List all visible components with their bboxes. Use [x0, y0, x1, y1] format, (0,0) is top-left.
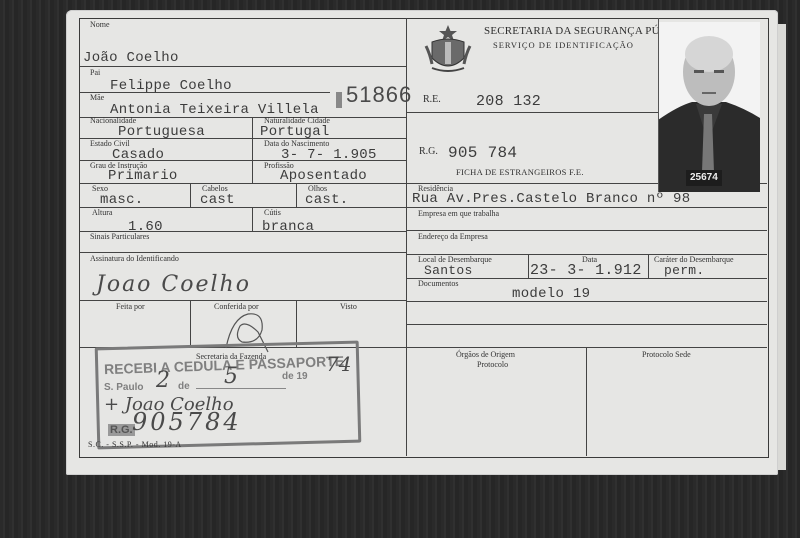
divider [190, 183, 191, 207]
mae-label: Mãe [90, 93, 104, 102]
empresa-label: Empresa em que trabalha [418, 209, 499, 218]
coat-of-arms-icon [424, 24, 472, 76]
visto-label: Visto [340, 302, 357, 311]
stamp-rg-value: 905784 [132, 408, 242, 436]
department-title: SERVIÇO DE IDENTIFICAÇÃO [493, 40, 634, 50]
orgaos-origem-label: Órgãos de Origem [456, 350, 515, 359]
nacionalidade-value: Portuguesa [118, 124, 205, 140]
assinatura-label: Assinatura do Identificando [90, 254, 179, 263]
photo-divider [658, 18, 659, 192]
divider [648, 254, 649, 278]
form-title: FICHA DE ESTRANGEIROS F.E. [456, 167, 584, 177]
re-label: R.E. [423, 94, 441, 105]
rg-label: R.G. [419, 146, 438, 157]
documentos-label: Documentos [418, 279, 458, 288]
documentos-value: modelo 19 [512, 286, 590, 302]
divider [296, 300, 297, 347]
file-number-marker [336, 92, 342, 108]
sinais-label: Sinais Particulares [90, 232, 149, 241]
divider [586, 347, 587, 456]
olhos-value: cast. [305, 192, 349, 208]
divider [80, 300, 406, 301]
naturalidade-value: Portugal [260, 124, 330, 140]
residencia-value: Rua Av.Pres.Castelo Branco nº 98 [412, 191, 690, 207]
form-code: S.C. - S.S.P. - Mod. 19-A [88, 440, 182, 449]
divider [252, 117, 253, 183]
endereco-empresa-label: Endereço da Empresa [418, 232, 488, 241]
divider [406, 324, 767, 325]
protocolo-label: Protocolo [477, 360, 508, 369]
divider [190, 300, 191, 347]
cabelos-value: cast [200, 192, 235, 208]
divider [80, 252, 406, 253]
stamp-rg-label: R.G. [108, 424, 135, 436]
rg-value: 905 784 [448, 144, 517, 162]
photo: 25674 [658, 22, 760, 192]
divider [406, 207, 767, 208]
profissao-value: Aposentado [280, 168, 367, 184]
stamp-de1: de [178, 381, 190, 392]
feita-por-label: Feita por [116, 302, 145, 311]
nome-label: Nome [90, 20, 110, 29]
data-desembarque-value: 23- 3- 1.912 [530, 262, 642, 279]
sexo-value: masc. [100, 192, 144, 208]
local-desembarque-value: Santos [424, 263, 473, 278]
cutis-label: Cútis [264, 208, 281, 217]
grau-instrucao-value: Primario [108, 168, 178, 184]
nome-value: João Coelho [83, 50, 179, 66]
stamp-month: 5 [224, 364, 238, 389]
stamp-de2: de 19 [282, 371, 308, 382]
data-nascimento-value: 3- 7- 1.905 [281, 147, 377, 163]
pai-label: Pai [90, 68, 100, 77]
divider [80, 66, 406, 67]
pai-value: Felippe Coelho [110, 78, 232, 94]
signature: Joao Coelho [96, 272, 251, 297]
card-edge [778, 24, 786, 470]
photo-number-tag: 25674 [690, 172, 718, 183]
stamp-overprint: Secretaria da Fazenda [196, 352, 266, 361]
divider [406, 112, 658, 113]
divider [406, 230, 767, 231]
protocolo-sede-label: Protocolo Sede [642, 350, 691, 359]
file-number: 51866 [346, 82, 412, 108]
re-value: 208 132 [476, 93, 541, 110]
stamp-day: 2 [156, 368, 170, 393]
portrait-image [658, 22, 760, 192]
stamp-line [196, 388, 286, 389]
carater-desembarque-value: perm. [664, 263, 705, 278]
divider [252, 207, 253, 231]
divider [296, 183, 297, 207]
altura-label: Altura [92, 208, 112, 217]
cutis-value: branca [262, 219, 314, 235]
stamp-year: 74 [326, 352, 351, 376]
divider [528, 254, 529, 278]
stamp-city: S. Paulo [104, 382, 143, 393]
